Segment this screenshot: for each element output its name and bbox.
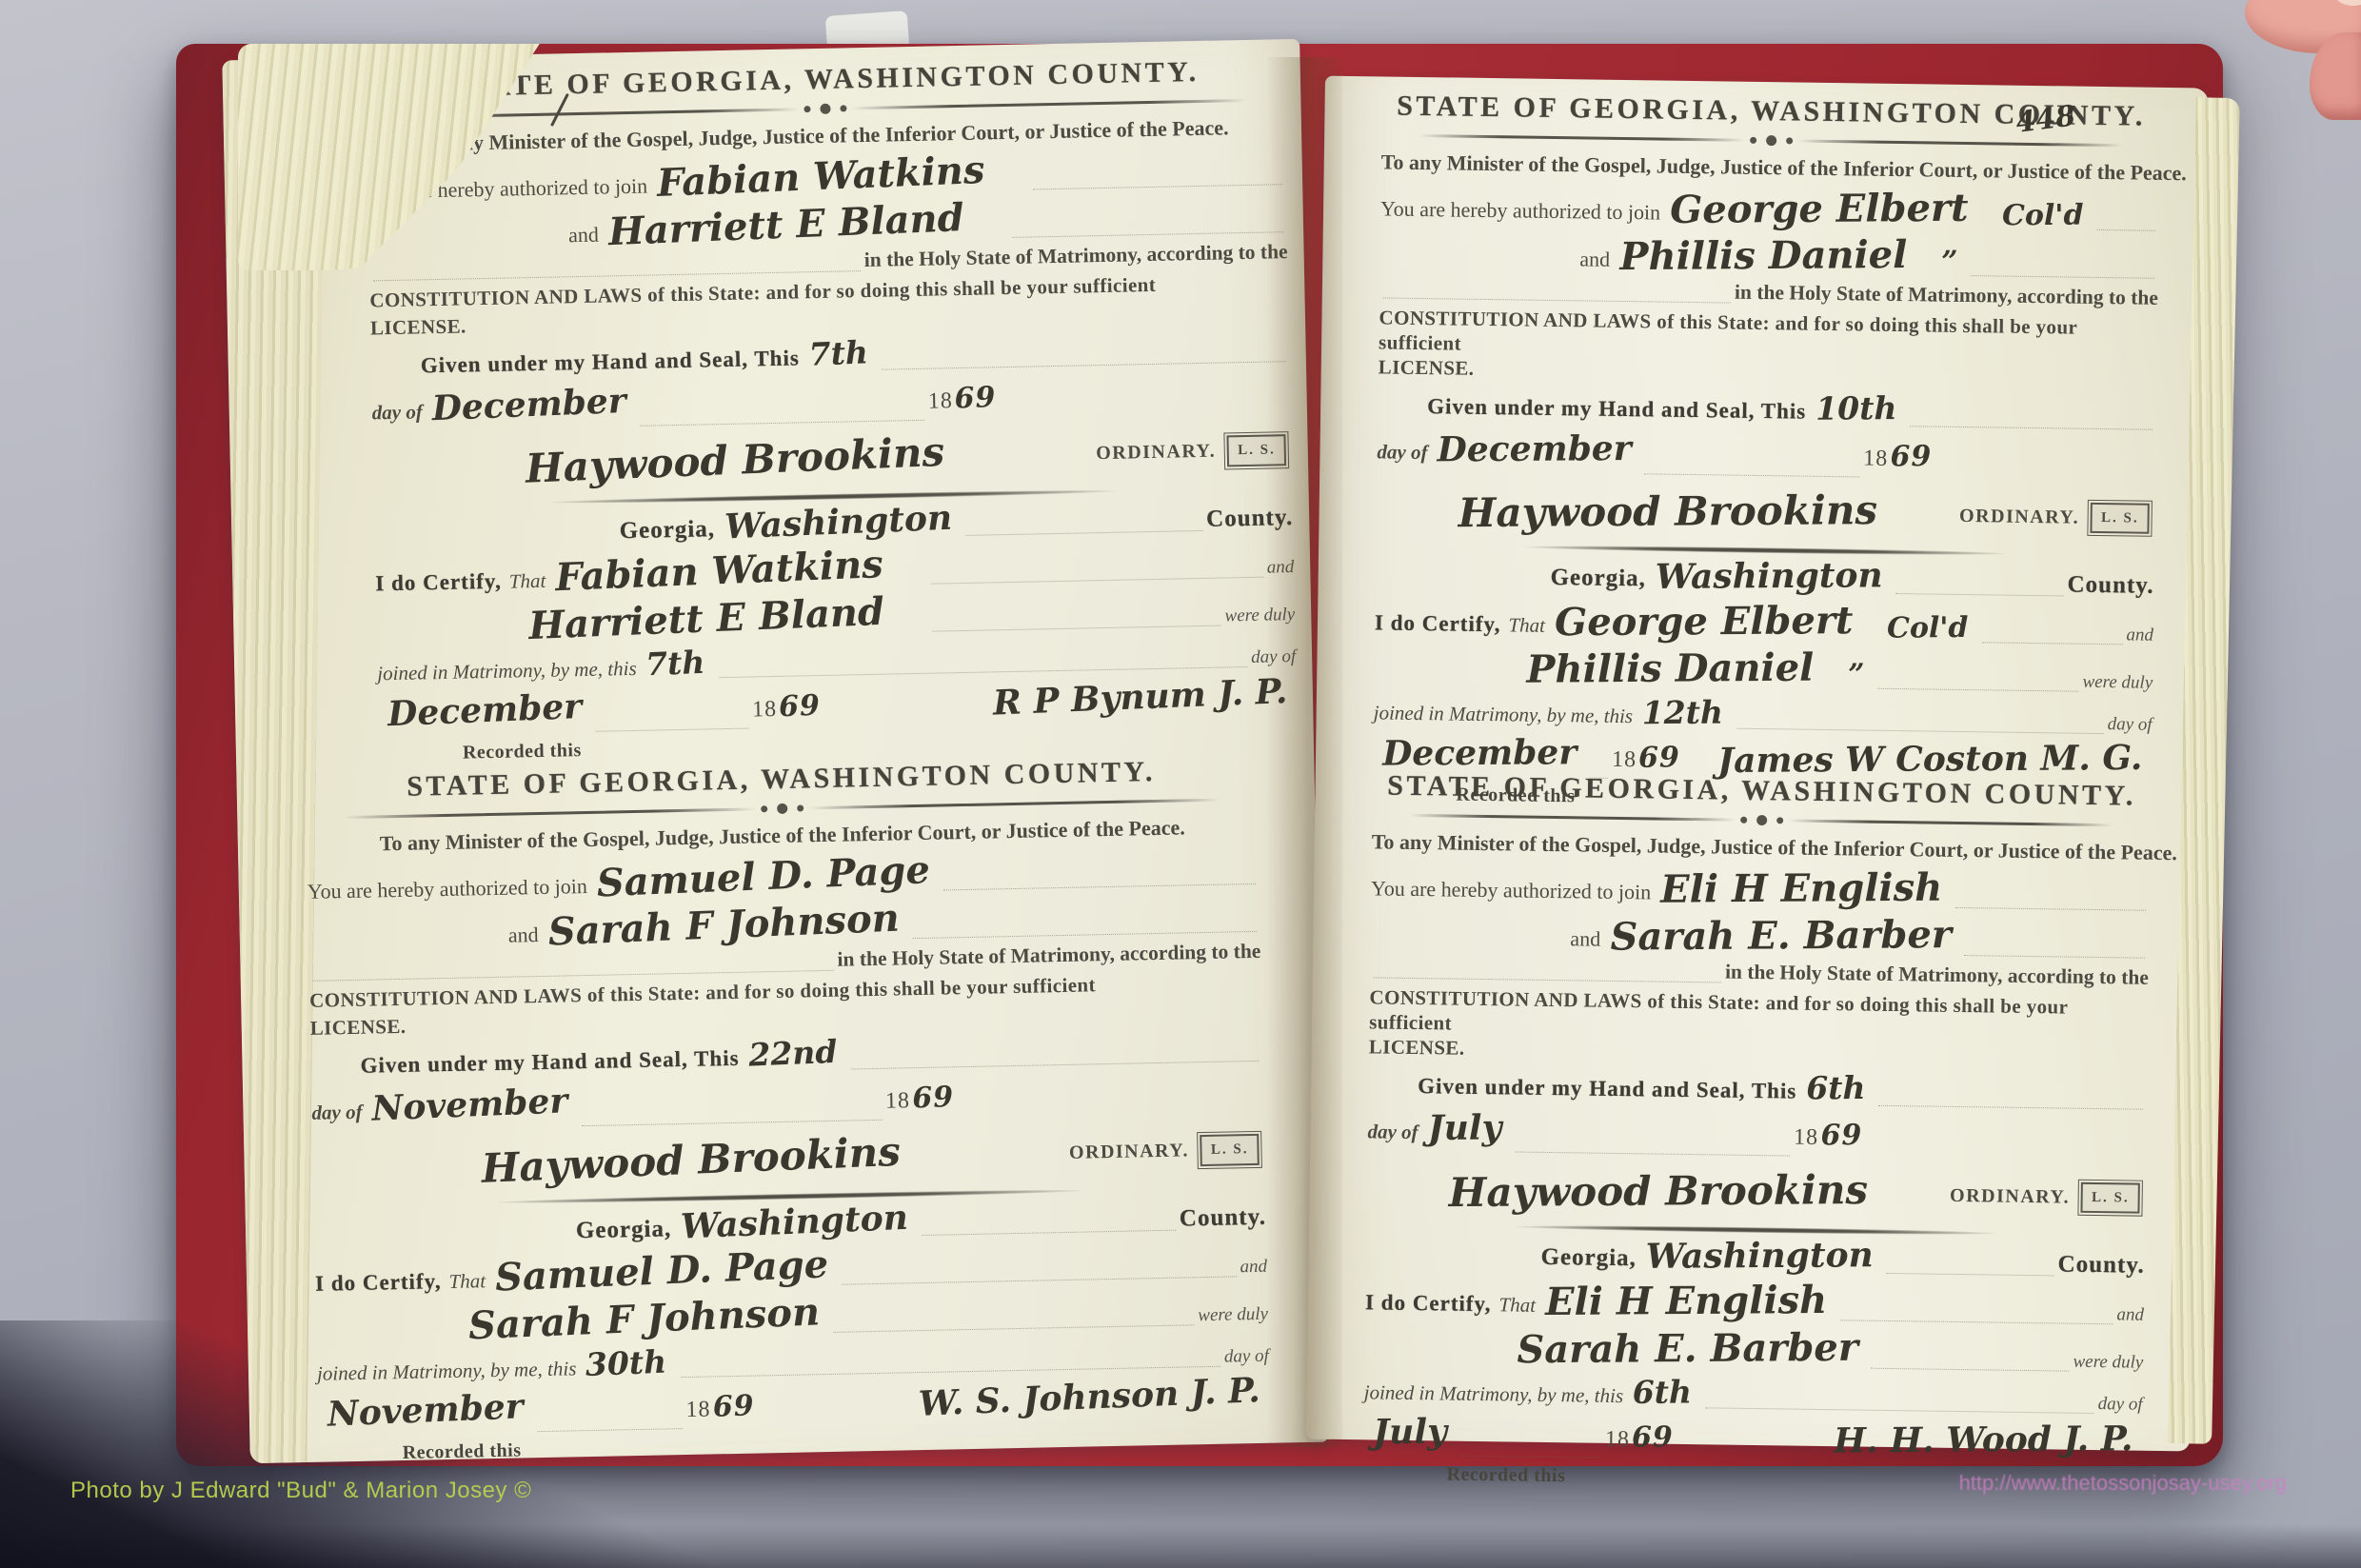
marriage-record-elbert-daniel: STATE OF GEORGIA, WASHINGTON COUNTY. To … xyxy=(1372,88,2160,817)
blank-rule xyxy=(596,727,749,731)
blank-rule xyxy=(842,1276,1236,1284)
year-printed: 18 xyxy=(1612,747,1637,772)
bride-name-handwritten: Phillis Daniel xyxy=(1610,230,1916,280)
blank-rule xyxy=(922,1229,1176,1235)
spacer xyxy=(317,1189,468,1192)
groom-name-handwritten: Eli H English xyxy=(1536,1277,1836,1326)
certify-label: I do Certify, xyxy=(315,1268,442,1298)
license-day-handwritten: 10th xyxy=(1806,388,1906,428)
given-under-hand-seal: Given under my Hand and Seal, This xyxy=(421,345,801,380)
year-printed: 18 xyxy=(752,696,778,722)
that-label: That xyxy=(509,567,546,593)
married-month-handwritten: November xyxy=(317,1384,534,1436)
blank-rule xyxy=(1374,977,1721,982)
spacer xyxy=(379,543,616,547)
groom-name-handwritten: George Elbert xyxy=(1545,597,1863,646)
and-small-label: and xyxy=(2126,624,2153,646)
blank-rule xyxy=(851,1060,1260,1069)
license-month-handwritten: November xyxy=(362,1079,579,1130)
bride-note-handwritten xyxy=(894,626,928,627)
license-month-handwritten: December xyxy=(1428,427,1641,472)
seal-box: L. S. xyxy=(2091,502,2150,534)
and-small-label: and xyxy=(1240,1255,1267,1278)
married-day-handwritten: 12th xyxy=(1633,693,1733,733)
spacer xyxy=(960,1112,1260,1118)
ordinary-signature: Haywood Brookins xyxy=(1439,1165,1878,1219)
bride-note-handwritten: ” xyxy=(1823,657,1875,693)
day-of-small-label: day of xyxy=(1224,1344,1269,1368)
blank-rule xyxy=(537,1428,683,1432)
bride-name-handwritten: Sarah E. Barber xyxy=(1507,1324,1868,1375)
ordinary-signature: Haywood Brookins xyxy=(471,1127,911,1195)
and-label: and xyxy=(1570,925,1600,952)
year-group: 1869 xyxy=(1605,1419,1676,1457)
county-handwritten: Washington xyxy=(670,1196,919,1249)
year-group: 1869 xyxy=(927,380,998,417)
officiant-signature: H. H. Wood J. P. xyxy=(1824,1418,2143,1462)
license-month-handwritten: December xyxy=(422,379,637,430)
groom-note-handwritten xyxy=(995,185,1029,186)
spacer xyxy=(1379,586,1547,588)
blank-rule xyxy=(965,529,1202,535)
blank-rule xyxy=(1840,1320,2113,1324)
blank-rule xyxy=(913,930,1257,938)
blank-rule xyxy=(1878,1105,2143,1110)
were-duly-label: were duly xyxy=(1198,1302,1268,1326)
day-of-small-label: day of xyxy=(2098,1393,2143,1416)
authorized-label: You are hereby authorized to join xyxy=(308,872,588,903)
table-edge-shadow xyxy=(0,1524,2361,1568)
year-printed: 18 xyxy=(885,1088,911,1114)
were-duly-label: were duly xyxy=(2073,1351,2143,1375)
blank-rule xyxy=(1736,728,2103,734)
certify-label: I do Certify, xyxy=(1365,1289,1492,1319)
ordinary-signature: Haywood Brookins xyxy=(515,427,955,495)
certify-label: I do Certify, xyxy=(1375,609,1501,639)
spacer xyxy=(914,1177,1065,1180)
year-printed: 18 xyxy=(928,388,954,414)
year-group: 1869 xyxy=(752,687,823,724)
license-day-handwritten: 6th xyxy=(1796,1068,1875,1108)
indent xyxy=(1364,1357,1507,1359)
seal-box: L. S. xyxy=(1200,1134,1260,1166)
groom-note-handwritten: Col'd xyxy=(1862,610,1978,646)
married-day-handwritten: 30th xyxy=(575,1341,677,1385)
spacer xyxy=(761,1424,906,1427)
bride-name-handwritten: Phillis Daniel xyxy=(1517,645,1823,694)
matrimony-line: in the Holy State of Matrimony, accordin… xyxy=(1725,959,2149,990)
indent xyxy=(1374,677,1517,679)
georgia-label: Georgia, xyxy=(619,514,715,546)
year-printed: 18 xyxy=(1863,447,1888,471)
day-of-label: day of xyxy=(1377,439,1427,465)
blank-rule xyxy=(1872,1368,2070,1372)
blank-rule xyxy=(932,625,1220,631)
were-duly-label: were duly xyxy=(2082,671,2153,695)
authorized-label: You are hereby authorized to join xyxy=(1371,875,1651,905)
seal-text: L. S. xyxy=(1211,1141,1249,1158)
spacer xyxy=(1937,479,2153,482)
spacer xyxy=(318,1242,572,1247)
blank-rule xyxy=(943,883,1256,890)
license-day-handwritten: 7th xyxy=(799,331,879,374)
ordinary-label: ORDINARY. xyxy=(1069,1139,1189,1165)
year-handwritten: 69 xyxy=(952,379,999,416)
spacer xyxy=(1678,1459,1819,1461)
seal-text: L. S. xyxy=(2092,1190,2130,1206)
license-day-handwritten: 22nd xyxy=(739,1031,848,1075)
blank-rule xyxy=(1971,275,2154,279)
year-handwritten: 69 xyxy=(776,687,823,724)
married-month-handwritten: July xyxy=(1363,1411,1457,1455)
and-label: and xyxy=(568,221,599,248)
and-label: and xyxy=(508,922,539,948)
county-handwritten: Washington xyxy=(1646,554,1893,599)
ordinary-label: ORDINARY. xyxy=(1959,504,2079,529)
ordinary-signature: Haywood Brookins xyxy=(1449,486,1888,539)
blank-rule xyxy=(1705,1407,2093,1414)
year-group: 1869 xyxy=(885,1080,956,1117)
day-of-small-label: day of xyxy=(2107,713,2152,736)
county-label: County. xyxy=(2057,1249,2144,1280)
georgia-label: Georgia, xyxy=(576,1214,672,1245)
left-page: 447 STATE OF GEORGIA, WASHINGTON COUNTY.… xyxy=(222,39,1327,1463)
certify-label: I do Certify, xyxy=(375,567,502,597)
year-printed: 18 xyxy=(685,1397,711,1422)
year-handwritten: 69 xyxy=(1630,1419,1676,1456)
photo-of-marriage-record-book: 447 STATE OF GEORGIA, WASHINGTON COUNTY.… xyxy=(0,0,2361,1568)
georgia-label: Georgia, xyxy=(1550,563,1646,594)
spacer xyxy=(826,724,980,726)
year-printed: 18 xyxy=(1794,1125,1818,1150)
officiant-signature: R P Bynum J. P. xyxy=(982,669,1298,724)
ordinary-label: ORDINARY. xyxy=(1950,1183,2070,1209)
indent xyxy=(377,635,520,638)
photo-credit-watermark: Photo by J Edward "Bud" & Marion Josey © xyxy=(70,1478,531,1504)
blank-rule xyxy=(640,419,924,426)
married-day-handwritten: 6th xyxy=(1623,1372,1701,1412)
spacer xyxy=(1881,1219,1946,1220)
county-handwritten: Washington xyxy=(1637,1234,1883,1279)
groom-name-handwritten: George Elbert xyxy=(1660,184,1978,233)
blank-rule xyxy=(1877,688,2078,692)
blank-rule xyxy=(1644,473,1859,477)
blank-rule xyxy=(2097,228,2155,230)
joined-label: joined in Matrimony, by me, this xyxy=(377,655,637,685)
blank-rule xyxy=(1515,1151,1790,1156)
seal-text: L. S. xyxy=(2101,510,2139,526)
blank-rule xyxy=(1012,231,1283,238)
year-group: 1869 xyxy=(1863,439,1934,476)
marriage-record-page-johnson: STATE OF GEORGIA, WASHINGTON COUNTY. To … xyxy=(305,752,1270,1467)
indent xyxy=(316,1335,459,1338)
given-under-hand-seal: Given under my Hand and Seal, This xyxy=(1427,393,1806,426)
spacer xyxy=(1379,531,1444,532)
and-label: and xyxy=(1579,246,1610,272)
blank-rule xyxy=(833,1324,1194,1333)
blank-rule xyxy=(1460,1456,1601,1459)
spacer xyxy=(1370,1266,1538,1268)
year-group: 1869 xyxy=(685,1388,756,1425)
year-printed: 18 xyxy=(1605,1427,1630,1452)
groom-note-handwritten xyxy=(893,579,927,580)
groom-note-handwritten: Col'd xyxy=(1977,197,2093,233)
joined-label: joined in Matrimony, by me, this xyxy=(1364,1379,1624,1408)
spacer xyxy=(377,489,512,492)
marriage-record-english-barber: STATE OF GEORGIA, WASHINGTON COUNTY. To … xyxy=(1362,767,2151,1497)
blank-rule xyxy=(1887,1273,2054,1276)
county-label: County. xyxy=(2067,570,2153,602)
blank-rule xyxy=(931,576,1263,584)
that-label: That xyxy=(1498,1292,1536,1318)
matrimony-line: in the Holy State of Matrimony, accordin… xyxy=(1735,279,2158,310)
given-under-hand-seal: Given under my Hand and Seal, This xyxy=(360,1044,740,1080)
fingernail xyxy=(2334,0,2361,6)
and-small-label: and xyxy=(2116,1303,2144,1326)
year-group: 1869 xyxy=(1794,1118,1864,1155)
blank-rule xyxy=(1964,955,2145,959)
seal-box: L. S. xyxy=(2081,1181,2140,1214)
blank-rule xyxy=(1982,642,2123,645)
married-month-handwritten: December xyxy=(377,685,592,736)
year-handwritten: 69 xyxy=(1818,1118,1864,1154)
spacer xyxy=(1868,1158,2143,1161)
book-gutter-shadow xyxy=(1266,57,1342,1447)
spacer xyxy=(1891,539,1955,540)
georgia-label: Georgia, xyxy=(1540,1242,1637,1274)
year-handwritten: 69 xyxy=(710,1388,757,1425)
day-of-label: day of xyxy=(1367,1119,1418,1144)
that-label: That xyxy=(1508,612,1545,638)
day-of-label: day of xyxy=(311,1099,363,1124)
day-of-label: day of xyxy=(372,399,424,425)
year-handwritten: 69 xyxy=(1888,439,1934,475)
married-day-handwritten: 7th xyxy=(636,642,716,685)
spacer xyxy=(1002,413,1287,419)
blank-rule xyxy=(1033,184,1282,189)
county-label: County. xyxy=(1180,1201,1267,1233)
bride-note-handwritten xyxy=(974,232,1008,233)
authorized-label: You are hereby authorized to join xyxy=(1380,195,1660,226)
bride-name-handwritten: Sarah E. Barber xyxy=(1600,911,1961,962)
license-month-handwritten: July xyxy=(1419,1106,1512,1150)
groom-name-handwritten: Eli H English xyxy=(1651,863,1952,913)
blank-rule xyxy=(882,361,1286,370)
spacer xyxy=(1370,1211,1435,1212)
joined-label: joined in Matrimony, by me, this xyxy=(317,1356,577,1386)
ordinary-label: ORDINARY. xyxy=(1096,440,1216,466)
blank-rule xyxy=(1955,906,2146,910)
that-label: That xyxy=(448,1268,486,1294)
right-page: 448 STATE OF GEORGIA, WASHINGTON COUNTY.… xyxy=(1306,76,2209,1452)
blank-rule xyxy=(1896,593,2064,596)
blank-rule xyxy=(1383,297,1731,303)
given-under-hand-seal: Given under my Hand and Seal, This xyxy=(1418,1073,1796,1105)
spacer xyxy=(958,478,1093,481)
blank-rule xyxy=(1910,426,2153,430)
marriage-record-watkins-bland: STATE OF GEORGIA, WASHINGTON COUNTY. To … xyxy=(366,52,1298,767)
bride-note-handwritten: ” xyxy=(1916,244,1968,280)
county-handwritten: Washington xyxy=(714,496,962,549)
year-handwritten: 69 xyxy=(909,1079,956,1116)
blank-rule xyxy=(582,1119,883,1125)
joined-label: joined in Matrimony, by me, this xyxy=(1374,700,1634,728)
